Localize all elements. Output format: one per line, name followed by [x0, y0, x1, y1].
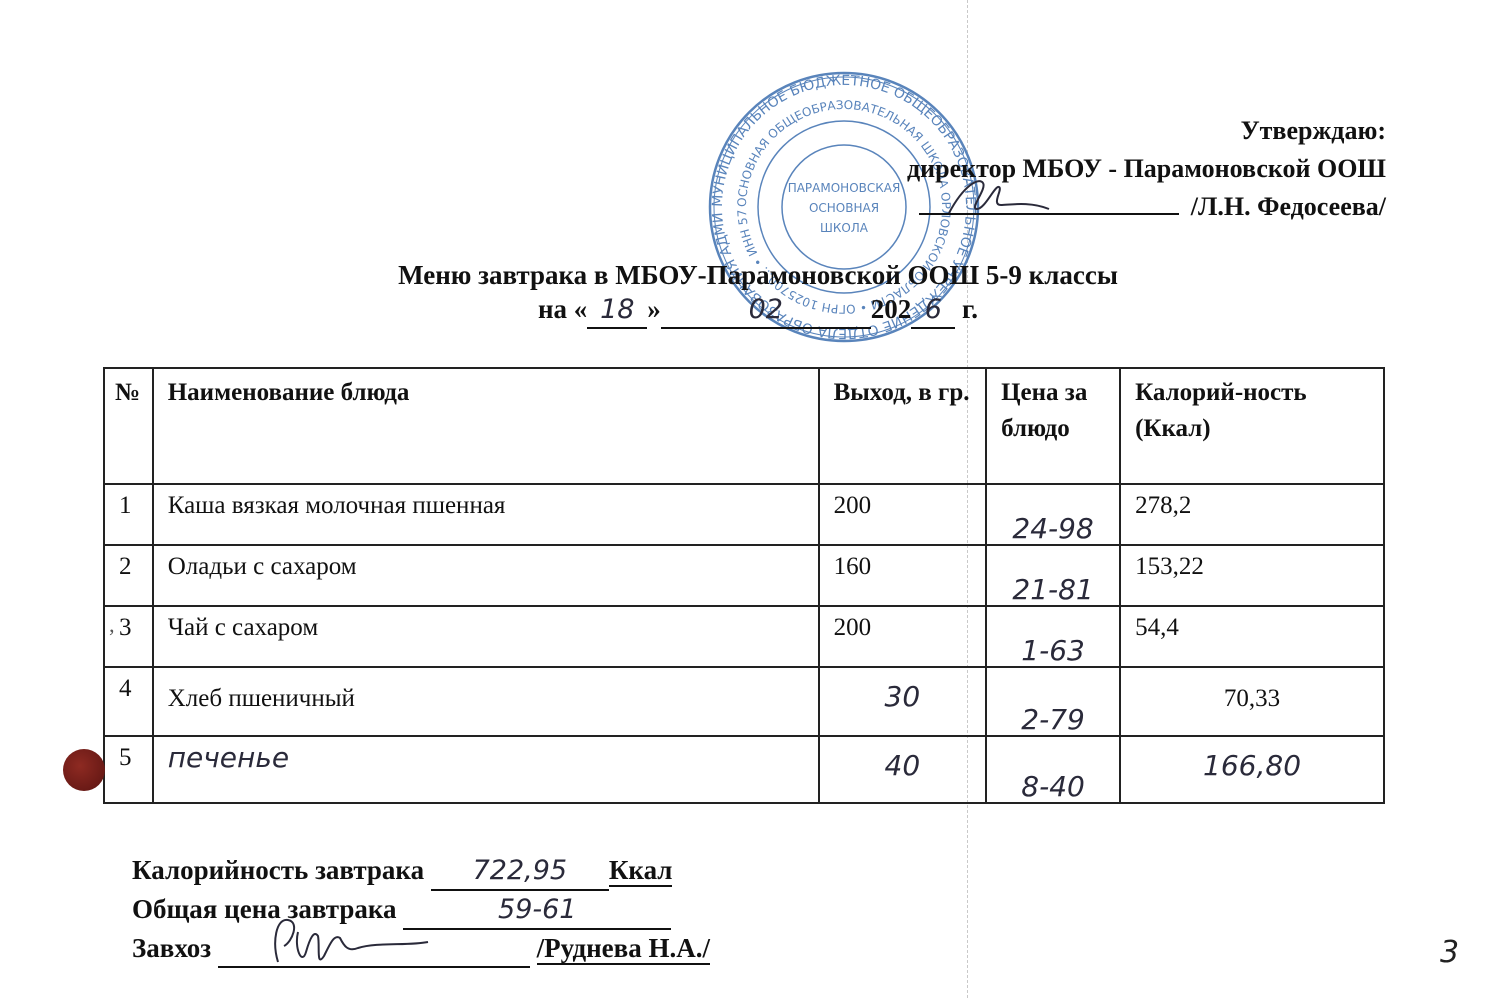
binder-hole-mark	[63, 749, 105, 791]
row-price: 8-40	[986, 736, 1120, 803]
ink-mark: ‚	[108, 612, 115, 638]
header-yield: Выход, в гр.	[819, 368, 986, 484]
date-month: 02	[661, 293, 871, 329]
row-num: 1	[104, 484, 153, 545]
row-name: Хлеб пшеничный	[153, 667, 819, 736]
row-num: 5	[104, 736, 153, 803]
table-row: 3 Чай с сахаром 200 1-63 54,4	[104, 606, 1384, 667]
summary-manager: Завхоз /Руднева Н.А./	[132, 930, 710, 968]
table-row: 1 Каша вязкая молочная пшенная 200 24-98…	[104, 484, 1384, 545]
row-name: Каша вязкая молочная пшенная	[153, 484, 819, 545]
table-row: 5 печенье 40 8-40 166,80	[104, 736, 1384, 803]
row-yield: 30	[819, 667, 986, 736]
approval-signature-row: /Л.Н. Федосеева/	[907, 188, 1386, 226]
svg-text:ПАРАМОНОВСКАЯ: ПАРАМОНОВСКАЯ	[788, 181, 901, 195]
header-price: Цена за блюдо	[986, 368, 1120, 484]
row-num: 4	[104, 667, 153, 736]
row-calories: 278,2	[1120, 484, 1384, 545]
summary-calories: Калорийность завтрака 722,95Ккал	[132, 852, 710, 891]
menu-date-line: на «18»022026 г.	[0, 292, 1500, 329]
menu-table: № Наименование блюда Выход, в гр. Цена з…	[103, 367, 1385, 804]
row-name: Чай с сахаром	[153, 606, 819, 667]
header-name: Наименование блюда	[153, 368, 819, 484]
header-calories: Калорий-ность (Ккал)	[1120, 368, 1384, 484]
row-price: 21-81	[986, 545, 1120, 606]
row-calories: 70,33	[1120, 667, 1384, 736]
row-yield: 200	[819, 484, 986, 545]
row-calories: 54,4	[1120, 606, 1384, 667]
summary-price-value: 59-61	[403, 892, 671, 930]
approval-heading: Утверждаю:	[907, 112, 1386, 150]
menu-summary: Калорийность завтрака 722,95Ккал Общая ц…	[132, 852, 710, 968]
summary-calories-value: 722,95	[431, 853, 609, 891]
row-calories: 166,80	[1120, 736, 1384, 803]
row-price: 1-63	[986, 606, 1120, 667]
table-row: 4 Хлеб пшеничный 30 2-79 70,33	[104, 667, 1384, 736]
row-yield: 40	[819, 736, 986, 803]
svg-text:ШКОЛА: ШКОЛА	[820, 221, 869, 235]
table-row: 2 Оладьи с сахаром 160 21-81 153,22	[104, 545, 1384, 606]
date-year-digit: 6	[911, 293, 955, 329]
row-calories: 153,22	[1120, 545, 1384, 606]
row-name: Оладьи с сахаром	[153, 545, 819, 606]
row-price: 24-98	[986, 484, 1120, 545]
table-header-row: № Наименование блюда Выход, в гр. Цена з…	[104, 368, 1384, 484]
summary-calories-unit: Ккал	[609, 855, 673, 887]
director-name: /Л.Н. Федосеева/	[1191, 192, 1386, 221]
menu-title-line: Меню завтрака в МБОУ-Парамоновской ООШ 5…	[0, 258, 1500, 292]
director-signature-line	[919, 189, 1179, 215]
menu-title: Меню завтрака в МБОУ-Парамоновской ООШ 5…	[0, 258, 1500, 329]
date-day: 18	[587, 293, 647, 329]
director-signature	[939, 175, 1059, 219]
row-yield: 200	[819, 606, 986, 667]
manager-signature-line	[218, 930, 530, 968]
row-name: печенье	[153, 736, 819, 803]
manager-name: /Руднева Н.А./	[537, 933, 710, 965]
page-number: 3	[1440, 935, 1459, 970]
manager-signature	[258, 912, 438, 972]
header-num: №	[104, 368, 153, 484]
row-num: 2	[104, 545, 153, 606]
svg-text:ОСНОВНАЯ: ОСНОВНАЯ	[809, 201, 879, 215]
approval-block: Утверждаю: директор МБОУ - Парамоновской…	[907, 112, 1386, 226]
row-yield: 160	[819, 545, 986, 606]
row-price: 2-79	[986, 667, 1120, 736]
